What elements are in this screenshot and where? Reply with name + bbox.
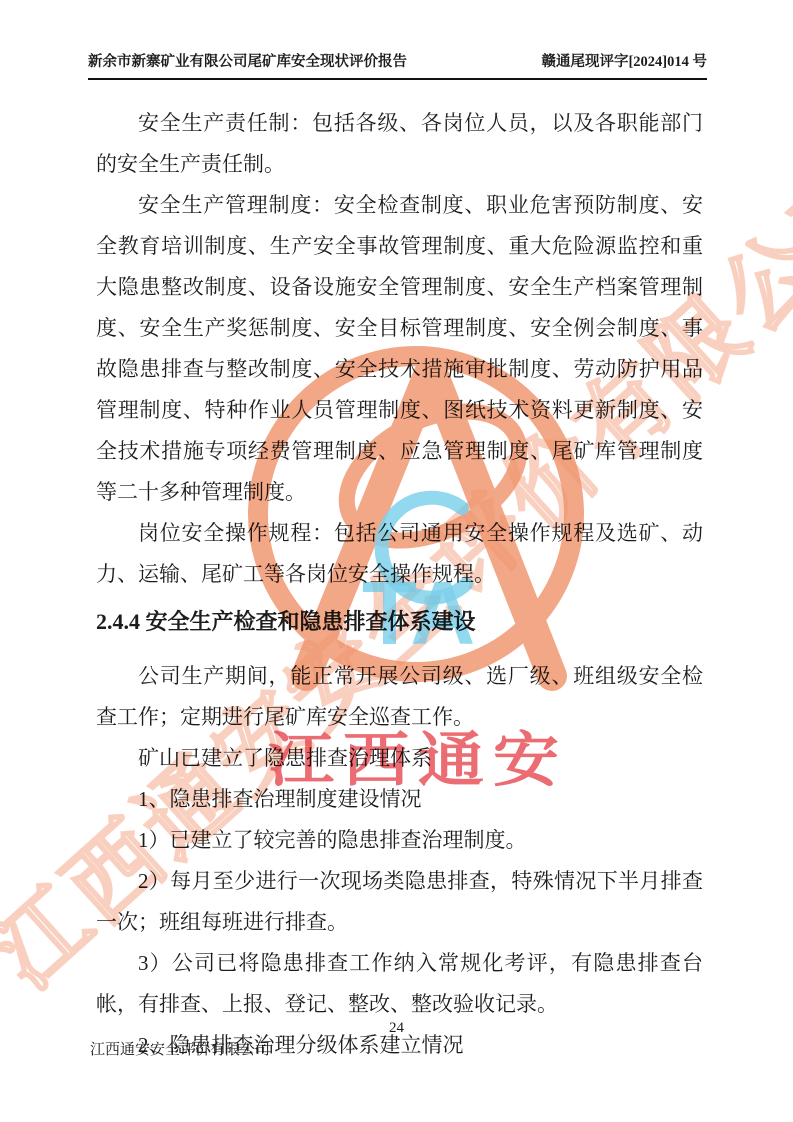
page-header: 新余市新寨矿业有限公司尾矿库安全现状评价报告 赣通尾现评字[2024]014 号 <box>88 50 707 80</box>
paragraph: 1、隐患排查治理制度建设情况 <box>96 779 703 820</box>
page-number: 24 <box>0 1020 793 1037</box>
paragraph: 3）公司已将隐患排查工作纳入常规化考评，有隐患排查台帐，有排查、上报、登记、整改… <box>96 943 703 1025</box>
paragraph: 安全生产责任制：包括各级、各岗位人员，以及各职能部门的安全生产责任制。 <box>96 103 703 185</box>
paragraph: 安全生产管理制度：安全检查制度、职业危害预防制度、安全教育培训制度、生产安全事故… <box>96 185 703 513</box>
document-page: 新余市新寨矿业有限公司尾矿库安全现状评价报告 赣通尾现评字[2024]014 号… <box>0 0 793 1122</box>
footer-company-name: 江西通安安全评价有限公司 <box>90 1038 270 1059</box>
section-heading-2-4-4: 2.4.4 安全生产检查和隐患排查体系建设 <box>96 601 703 642</box>
paragraph: 矿山已建立了隐患排查治理体系 <box>96 738 703 779</box>
body-content: 安全生产责任制：包括各级、各岗位人员，以及各职能部门的安全生产责任制。 安全生产… <box>96 103 703 1066</box>
paragraph: 1）已建立了较完善的隐患排查治理制度。 <box>96 820 703 861</box>
paragraph: 2）每月至少进行一次现场类隐患排查，特殊情况下半月排查一次；班组每班进行排查。 <box>96 861 703 943</box>
paragraph: 公司生产期间，能正常开展公司级、选厂级、班组级安全检查工作；定期进行尾矿库安全巡… <box>96 656 703 738</box>
header-document-code: 赣通尾现评字[2024]014 号 <box>541 50 707 71</box>
header-report-title: 新余市新寨矿业有限公司尾矿库安全现状评价报告 <box>88 50 407 71</box>
paragraph: 岗位安全操作规程：包括公司通用安全操作规程及选矿、动力、运输、尾矿工等各岗位安全… <box>96 513 703 595</box>
